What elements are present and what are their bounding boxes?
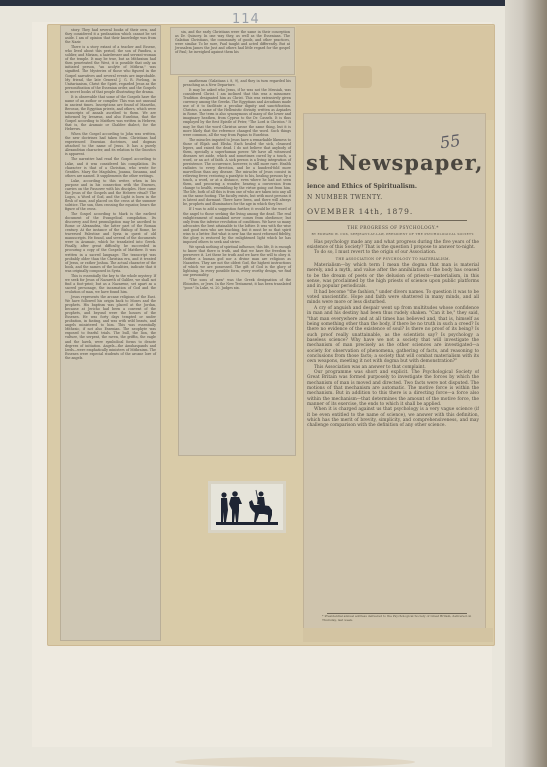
left-clipping-column: story. They had several books of their o…	[60, 25, 161, 641]
left-paragraph: Jesus represents the arcane religions of…	[65, 295, 156, 360]
middle-paragraph: We speak nothing of spiritual influence,…	[183, 245, 291, 277]
board-right-edge	[505, 0, 547, 767]
paper-strip	[303, 628, 493, 642]
middle-paragraph: anathemas (Galatians i. 8, 9), and they …	[183, 79, 291, 87]
paper-stain	[340, 66, 372, 88]
masthead-title: st Newspaper,	[306, 150, 483, 175]
middle-clipping-column: anathemas (Galatians i. 8, 9), and they …	[178, 76, 296, 456]
left-paragraph: Luke, according to this writer, when in …	[65, 179, 156, 211]
article-body: THE PROGRESS OF PSYCHOLOGY.* BY EDWARD W…	[307, 225, 479, 595]
article-paragraph: To do so, I must revert to the origin of…	[307, 250, 479, 255]
article-byline: BY EDWARD W. COX, SERJEANT-AT-LAW, PRESI…	[307, 232, 479, 237]
article-paragraph: A cry of anguish and despair went up fro…	[307, 306, 479, 365]
middle-paragraph: "The sons of men" was the Greek designat…	[183, 278, 291, 290]
left-paragraph: The narrative had read the Gospel accord…	[65, 157, 156, 177]
left-paragraph: There is a story extant of a teacher and…	[65, 45, 156, 94]
riders-silhouette-icon	[216, 488, 278, 528]
bottom-stain	[175, 757, 415, 767]
middle-paragraph: It may be asked who Jesus, if he was not…	[183, 88, 291, 137]
left-paragraph: When the Gospel according to John was wr…	[65, 132, 156, 156]
left-paragraph: It is observable that some of the Gospel…	[65, 95, 156, 131]
section-heading: THE ASSOCIATION OF PSYCHOLOGY TO MATERIA…	[307, 257, 479, 262]
article-paragraph: Materialism—by which term I mean the dog…	[307, 263, 479, 290]
article-title: THE PROGRESS OF PSYCHOLOGY.*	[307, 226, 479, 231]
left-paragraph: The Gospel according to Mark is the earl…	[65, 212, 156, 273]
silhouette-illustration	[208, 481, 286, 533]
article-paragraph: It had become "the fashion," under diver…	[307, 290, 479, 306]
middle-clipping-top: sin, and the early Christians were the s…	[170, 27, 295, 75]
left-paragraph: This is essentially the key to the whole…	[65, 274, 156, 294]
left-paragraph: story. They had several books of their o…	[65, 28, 156, 44]
middle-paragraph: If I was to add a suggestion further, it…	[183, 207, 291, 243]
issue-number: N NUMBER TWENTY.	[307, 194, 383, 201]
torn-paper-area	[296, 26, 494, 120]
masthead-subtitle: ience and Ethics of Spiritualism.	[307, 183, 417, 190]
middle-top-paragraph: sin, and the early Christians were the s…	[175, 30, 290, 54]
article-paragraph: Has psychology made any and what progres…	[307, 240, 479, 251]
article-paragraph: When it is charged against us that psych…	[307, 407, 479, 428]
middle-paragraph: The miracles imputed to Jesus have a rem…	[183, 138, 291, 207]
masthead-rule	[307, 220, 467, 221]
article-paragraph: Our programme was short and explicit. Th…	[307, 370, 479, 407]
article-footnote: * Presidential annual address delivered …	[322, 615, 482, 622]
issue-date: OVEMBER 14th, 1879.	[307, 207, 413, 216]
